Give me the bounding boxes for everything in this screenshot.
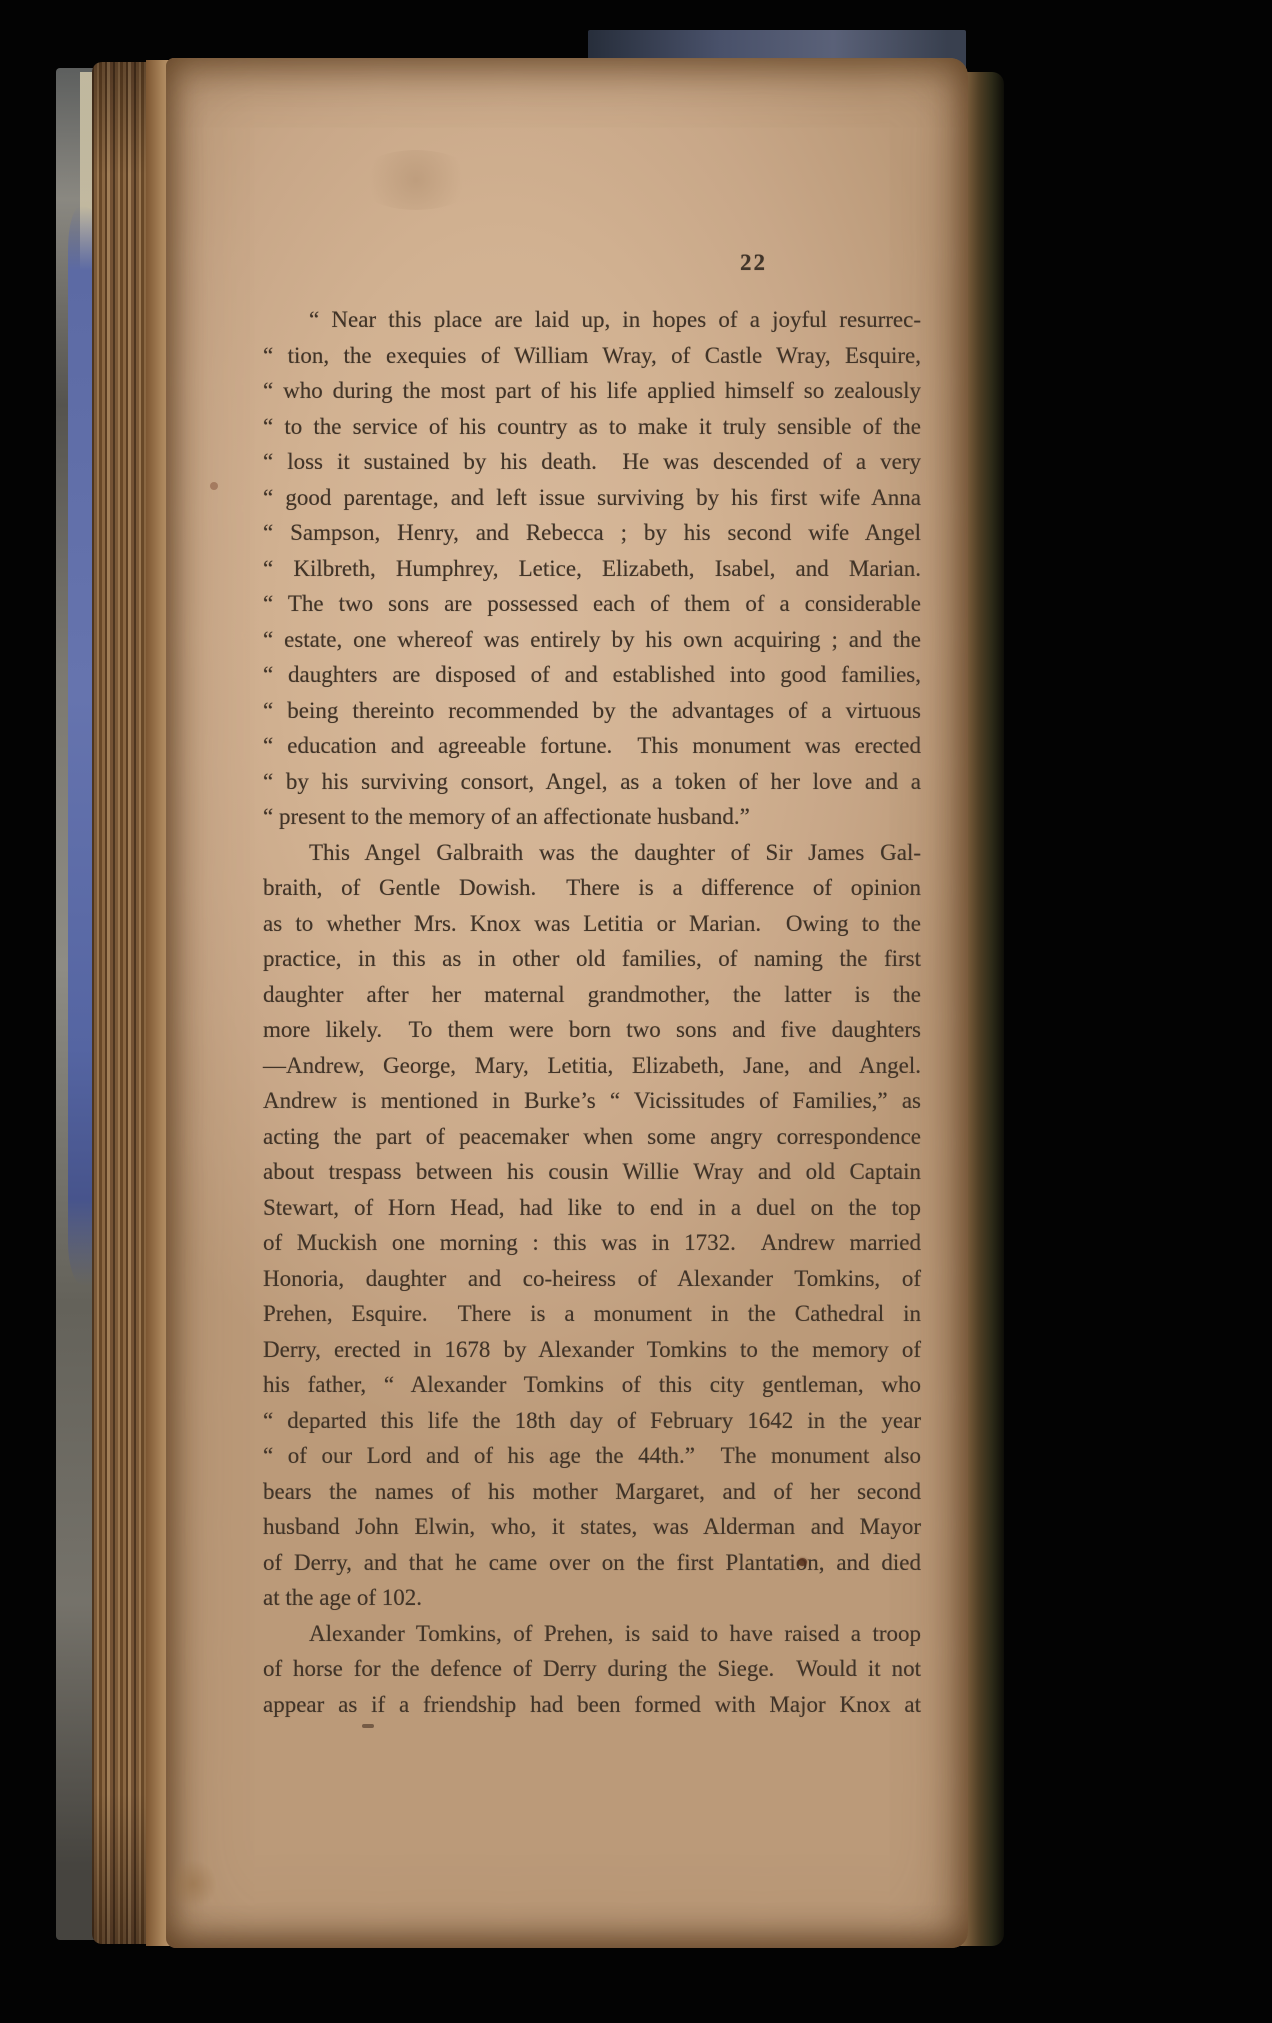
text-line: “ departed this life the 18th day of Feb… (263, 1403, 921, 1439)
text-line: bears the names of his mother Margaret, … (263, 1474, 921, 1510)
text-line: husband John Elwin, who, it states, was … (263, 1509, 921, 1545)
text-line: Alexander Tomkins, of Prehen, is said to… (263, 1616, 921, 1652)
text-line: of Derry, and that he came over on the f… (263, 1545, 921, 1581)
book-page: 22 “ Near this place are laid up, in hop… (166, 58, 968, 1948)
text-line: “ by his surviving consort, Angel, as a … (263, 764, 921, 800)
text-line: “ to the service of his country as to ma… (263, 409, 921, 445)
text-line: of Muckish one morning : this was in 173… (263, 1225, 921, 1261)
text-line: about trespass between his cousin Willie… (263, 1154, 921, 1190)
text-line: appear as if a friendship had been forme… (263, 1687, 921, 1723)
text-line: “ being thereinto recommended by the adv… (263, 693, 921, 729)
text-line: “ Near this place are laid up, in hopes … (263, 302, 921, 338)
text-line: Stewart, of Horn Head, had like to end i… (263, 1190, 921, 1226)
text-line: “ present to the memory of an affectiona… (263, 799, 921, 835)
text-line: of horse for the defence of Derry during… (263, 1651, 921, 1687)
text-line: Andrew is mentioned in Burke’s “ Vicissi… (263, 1083, 921, 1119)
text-line: “ of our Lord and of his age the 44th.” … (263, 1438, 921, 1474)
text-line: acting the part of peacemaker when some … (263, 1119, 921, 1155)
text-line: his father, “ Alexander Tomkins of this … (263, 1367, 921, 1403)
text-line: practice, in this as in other old famili… (263, 941, 921, 977)
text-line: daughter after her maternal grandmother,… (263, 977, 921, 1013)
book-photograph: 22 “ Near this place are laid up, in hop… (0, 0, 1272, 2023)
text-line: This Angel Galbraith was the daughter of… (263, 835, 921, 871)
text-line: as to whether Mrs. Knox was Letitia or M… (263, 906, 921, 942)
text-line: Prehen, Esquire. There is a monument in … (263, 1296, 921, 1332)
text-line: Derry, erected in 1678 by Alexander Tomk… (263, 1332, 921, 1368)
text-line: “ The two sons are possessed each of the… (263, 586, 921, 622)
text-line: Honoria, daughter and co-heiress of Alex… (263, 1261, 921, 1297)
text-line: braith, of Gentle Dowish. There is a dif… (263, 870, 921, 906)
text-line: “ good parentage, and left issue survivi… (263, 480, 921, 516)
page-number: 22 (740, 250, 800, 276)
text-line: “ tion, the exequies of William Wray, of… (263, 338, 921, 374)
text-line: at the age of 102. (263, 1580, 921, 1616)
text-line: “ estate, one whereof was entirely by hi… (263, 622, 921, 658)
text-line: —Andrew, George, Mary, Letitia, Elizabet… (263, 1048, 921, 1084)
text-line: more likely. To them were born two sons … (263, 1012, 921, 1048)
text-line: “ loss it sustained by his death. He was… (263, 444, 921, 480)
page-stain (170, 1858, 216, 1910)
page-speck (210, 482, 218, 490)
text-line: “ Sampson, Henry, and Rebecca ; by his s… (263, 515, 921, 551)
page-text: “ Near this place are laid up, in hopes … (263, 302, 921, 1722)
page-stain (356, 150, 476, 210)
text-line: “ who during the most part of his life a… (263, 373, 921, 409)
text-line: “ Kilbreth, Humphrey, Letice, Elizabeth,… (263, 551, 921, 587)
text-line: “ education and agreeable fortune. This … (263, 728, 921, 764)
text-line: “ daughters are disposed of and establis… (263, 657, 921, 693)
page-speck (362, 1724, 374, 1728)
